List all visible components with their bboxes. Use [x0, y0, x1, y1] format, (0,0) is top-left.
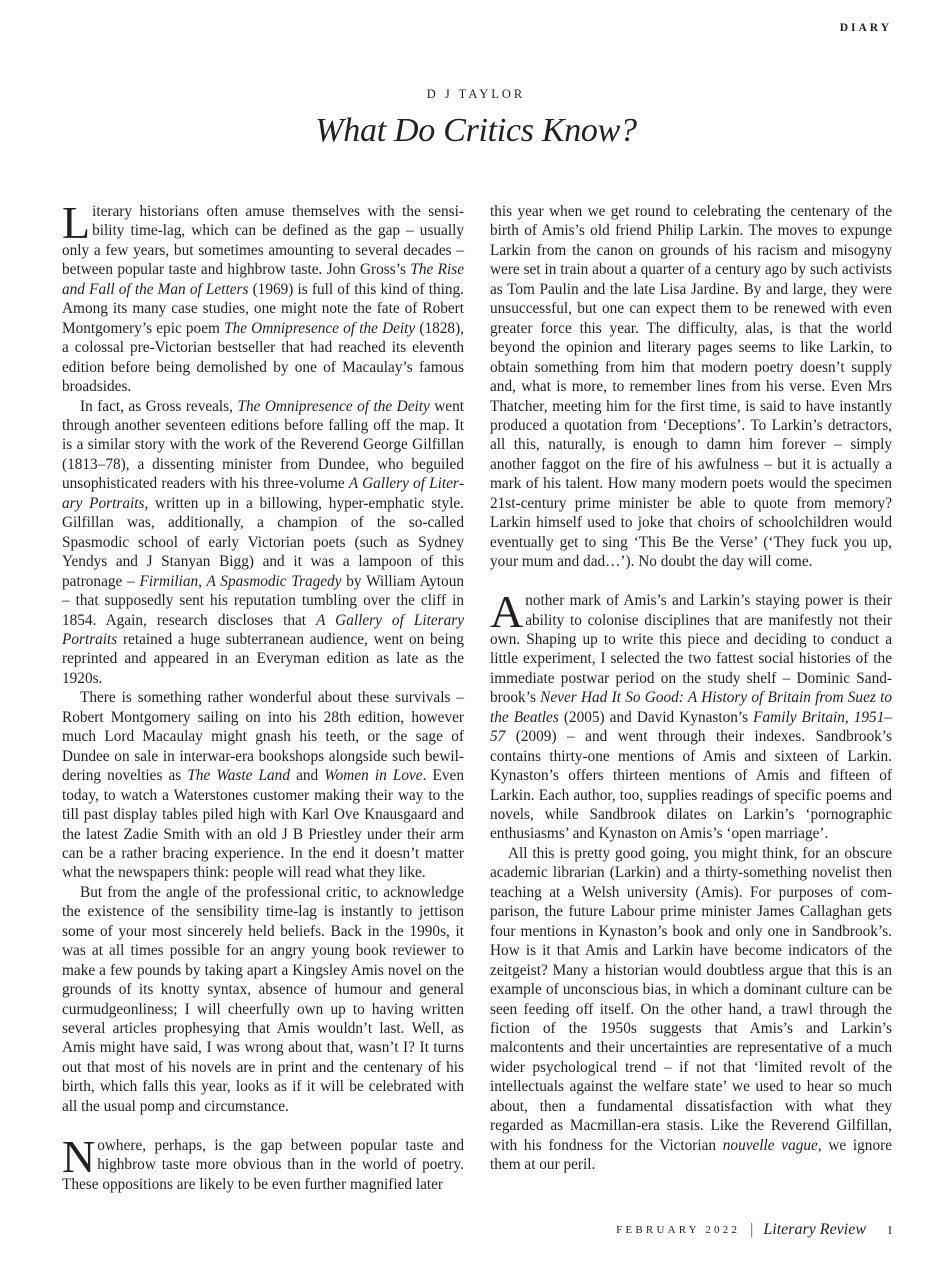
- text-run: (2005) and David Kynaston’s: [559, 709, 753, 726]
- text-run: iterary historians often amuse themselve…: [62, 203, 464, 278]
- article-title: What Do Critics Know?: [0, 112, 952, 150]
- paragraph: this year when we get round to celebrati…: [490, 202, 892, 572]
- book-title: The Omnipresence of the Deity: [237, 398, 429, 415]
- drop-cap: N: [62, 1139, 95, 1175]
- paragraph: There is something rather wonderful abou…: [62, 688, 464, 883]
- text-run: this year when we get round to celebrati…: [490, 203, 892, 570]
- paragraph: But from the angle of the professional c…: [62, 883, 464, 1116]
- paragraph: All this is pretty good going, you might…: [490, 844, 892, 1175]
- paragraph: Literary historians often amuse themselv…: [62, 202, 464, 397]
- text-run: In fact, as Gross reveals,: [80, 398, 237, 415]
- text-run: But from the angle of the professional c…: [62, 884, 464, 1115]
- paragraph: In fact, as Gross reveals, The Omniprese…: [62, 397, 464, 689]
- text-run: and: [290, 767, 324, 784]
- drop-cap: A: [490, 594, 523, 630]
- text-run: All this is pretty good going, you might…: [490, 845, 892, 1154]
- section-label: DIARY: [840, 22, 892, 34]
- byline: D J TAYLOR: [0, 87, 952, 102]
- book-title: The Waste Land: [187, 767, 290, 784]
- text-run: retained a huge subterranean audience, w…: [62, 631, 464, 687]
- foreign-phrase: nouvelle vague: [723, 1137, 818, 1154]
- text-run: owhere, perhaps, is the gap between popu…: [62, 1137, 464, 1193]
- magazine-name: Literary Review: [763, 1221, 866, 1239]
- text-run: (2009) – and went through their indexes.…: [490, 728, 892, 842]
- left-column: Literary historians often amuse themselv…: [62, 202, 464, 1194]
- page-footer: FEBRUARY 2022 | Literary Review I: [616, 1221, 892, 1239]
- book-title: The Omnipresence of the Deity: [224, 320, 415, 337]
- issue-date: FEBRUARY 2022: [616, 1224, 740, 1236]
- drop-cap: L: [62, 205, 90, 241]
- footer-divider: |: [750, 1221, 753, 1239]
- book-title: Women in Love: [324, 767, 422, 784]
- right-column: this year when we get round to celebrati…: [490, 202, 892, 1175]
- page-number: I: [888, 1223, 892, 1238]
- text-run: . Even today, to watch a Waterstones cus…: [62, 767, 464, 881]
- paragraph: Nowhere, perhaps, is the gap between pop…: [62, 1136, 464, 1194]
- book-title: Firmilian, A Spasmodic Tragedy: [140, 573, 342, 590]
- paragraph: Another mark of Amis’s and Larkin’s stay…: [490, 591, 892, 844]
